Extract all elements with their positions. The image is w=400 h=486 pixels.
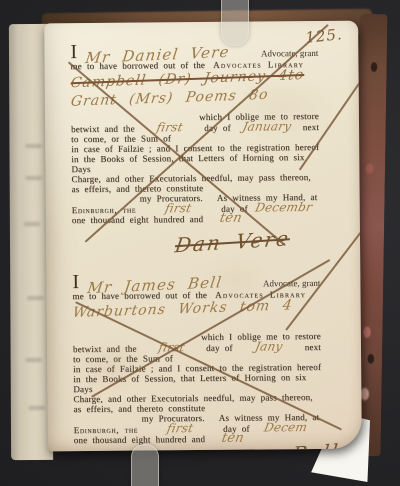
book-photo: 125. I Mr Daniel Vere Advocate, grant me… — [0, 0, 400, 486]
printed-failzie-line-2: in the Books of Session, that Letters of… — [73, 372, 321, 394]
borrow-entry-vere: I Mr Daniel Vere Advocate, grant me to h… — [70, 37, 320, 259]
signed-day: first — [137, 423, 224, 434]
register-page: 125. I Mr Daniel Vere Advocate, grant me… — [44, 21, 362, 452]
signed-month: Decem — [249, 422, 323, 433]
printed-failzie-line-2: in the Books of Session, that Letters of… — [71, 152, 319, 174]
book-strap-bottom — [131, 444, 159, 486]
printed-advocate-grant: Advocate, grant — [261, 47, 319, 60]
printed-advocate-grant: Advocate, grant — [263, 277, 321, 290]
book-title: Warburtons Works tom 4 — [71, 296, 294, 323]
signed-day: first — [135, 203, 222, 214]
year-text: one thousand eight hundred and — [74, 434, 205, 445]
return-day: first — [136, 342, 208, 353]
return-month: Jany — [232, 341, 306, 352]
return-day: first — [134, 122, 206, 133]
signed-year: ten — [221, 434, 245, 444]
return-month: January — [230, 121, 304, 132]
day-of-text: day of — [206, 343, 233, 353]
day-of-text: day of — [204, 123, 231, 133]
betwixt-text: betwixt and the — [71, 124, 135, 135]
book-strap-top — [221, 0, 249, 46]
edinburgh-text: Edinburgh, the — [72, 205, 136, 216]
grant-line: I Mr James Bell Advocate, grant — [72, 267, 320, 291]
signed-month: Decembr — [247, 202, 321, 213]
show-through-text — [25, 144, 41, 148]
printed-year-line: one thousand eight hundred and ten — [72, 213, 320, 225]
signature: Dan Vere — [173, 226, 291, 257]
printed-initial: I — [70, 43, 77, 61]
folio-number: 125. — [304, 25, 343, 47]
next-text: next — [303, 122, 319, 132]
betwixt-text: betwixt and the — [73, 344, 137, 355]
borrow-entry-bell: I Mr James Bell Advocate, grant me to ha… — [72, 267, 322, 451]
next-text: next — [305, 342, 321, 352]
signature-row: Dan Vere — [72, 229, 320, 259]
printed-initial: I — [72, 273, 79, 291]
edinburgh-text: Edinburgh, the — [74, 425, 138, 436]
year-text: one thousand eight hundred and — [72, 214, 203, 225]
grant-line: I Mr Daniel Vere Advocate, grant — [70, 37, 318, 61]
signed-year: ten — [219, 214, 243, 224]
